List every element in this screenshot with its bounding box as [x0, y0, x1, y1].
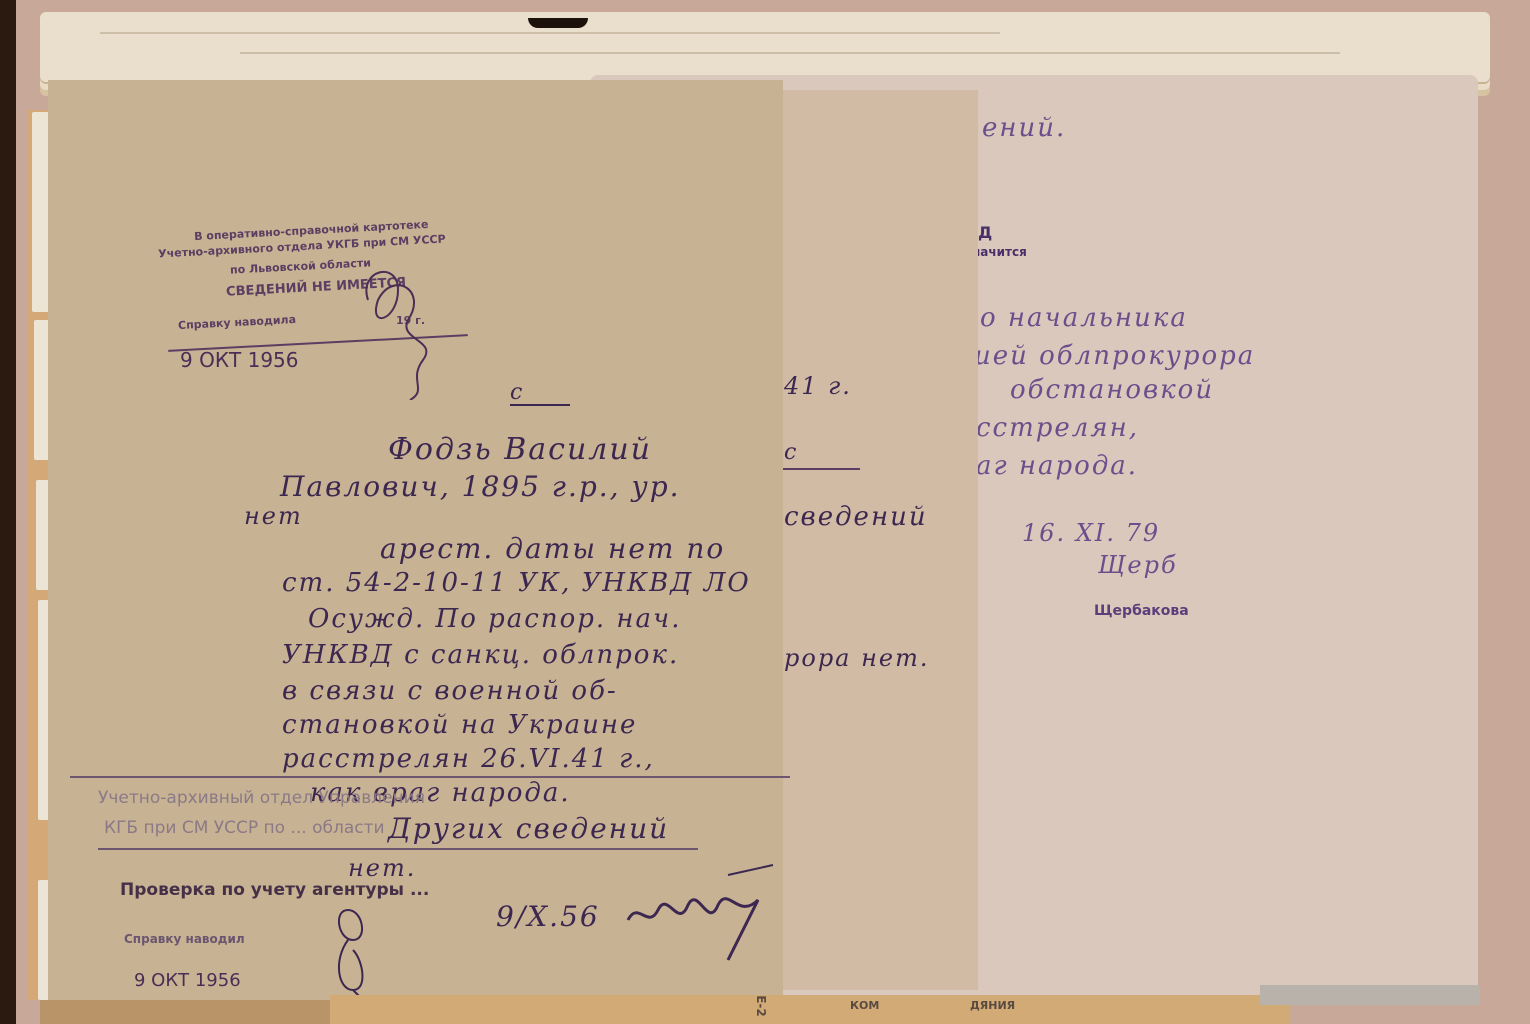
hand-line: Павлович, 1895 г.р., ур.: [280, 470, 681, 503]
right-hand-line: сстрелян,: [976, 413, 1139, 443]
hand-line: нет: [244, 502, 303, 530]
underline: [510, 404, 570, 406]
crack-line: [100, 32, 1000, 34]
middle-fragment: 41 г.: [784, 372, 852, 400]
hand-line: УНКВД с санкц. облпрок.: [282, 640, 679, 670]
stamp-rule: [70, 776, 790, 778]
right-stamp-fragment: Д: [978, 223, 992, 242]
middle-fragment: сведений: [784, 502, 928, 532]
hand-line: Осужд. По распор. нач.: [308, 604, 681, 634]
signature-loop: [328, 900, 378, 1010]
stamp-line: Проверка по учету агентуры ...: [120, 880, 429, 900]
stamp-date: 9 ОКТ 1956: [180, 348, 299, 372]
hand-line: ст. 54-2-10-11 УК, УНКВД ЛО: [282, 568, 751, 598]
hand-line: Фодзь Василий: [388, 432, 652, 467]
signature-loop: [348, 260, 448, 400]
bottom-fragment: Е-2: [754, 995, 768, 1017]
burn-mark: [528, 18, 588, 28]
hand-line: становкой на Украине: [282, 710, 637, 740]
stamp-line: КГБ при СМ УССР по ... области: [104, 818, 385, 838]
bottom-fragment: ДЯНИЯ: [970, 999, 1015, 1012]
name-stamp: Щербакова: [1094, 603, 1189, 619]
right-date: 16. XI. 79: [1022, 519, 1160, 547]
folder-top-edge: [40, 12, 1490, 82]
hand-line: Других сведений: [388, 812, 669, 845]
hand-line: в связи с военной об-: [282, 676, 618, 706]
desk-edge: [0, 0, 16, 1024]
right-hand-line: ией облпрокурора: [974, 341, 1255, 371]
hand-line: арест. даты нет по: [380, 532, 725, 565]
right-hand-line: о начальника: [980, 303, 1188, 333]
hand-line: нет.: [348, 854, 416, 882]
right-hand-line: обстановкой: [1010, 375, 1214, 405]
middle-fragment: рора нет.: [784, 644, 930, 672]
hand-mark: с: [510, 380, 524, 405]
middle-page: 41 г. с сведений рора нет.: [760, 90, 978, 990]
stamp-rule: [98, 848, 698, 850]
stamp-label: Справку наводила: [178, 313, 297, 332]
stamp-line: Учетно-архивный отдел Управления: [98, 788, 425, 808]
signature-date: 9/X.56: [496, 900, 600, 933]
crack-line: [240, 52, 1340, 54]
stamp-label: Справку наводил: [124, 932, 245, 946]
signature-scribble: [618, 860, 778, 970]
right-hand-line: аг народа.: [976, 451, 1138, 481]
bottom-paper-edges: [1260, 985, 1480, 1005]
underline: [780, 468, 860, 470]
stamp-date: 9 ОКТ 1956: [134, 970, 241, 991]
right-top-fragment: ений.: [982, 113, 1066, 143]
hand-line: расстрелян 26.VI.41 г.,: [282, 744, 655, 774]
bottom-paper: Е-2 КОМ ДЯНИЯ: [330, 995, 1290, 1024]
right-stamp-fragment: начится: [972, 245, 1027, 259]
right-signature: Щерб: [1098, 551, 1178, 579]
bottom-fragment: КОМ: [850, 999, 879, 1012]
front-archive-card: В оперативно-справочной картотеке Учетно…: [48, 80, 783, 1000]
bottom-paper: [40, 1000, 340, 1024]
middle-fragment: с: [784, 440, 798, 465]
